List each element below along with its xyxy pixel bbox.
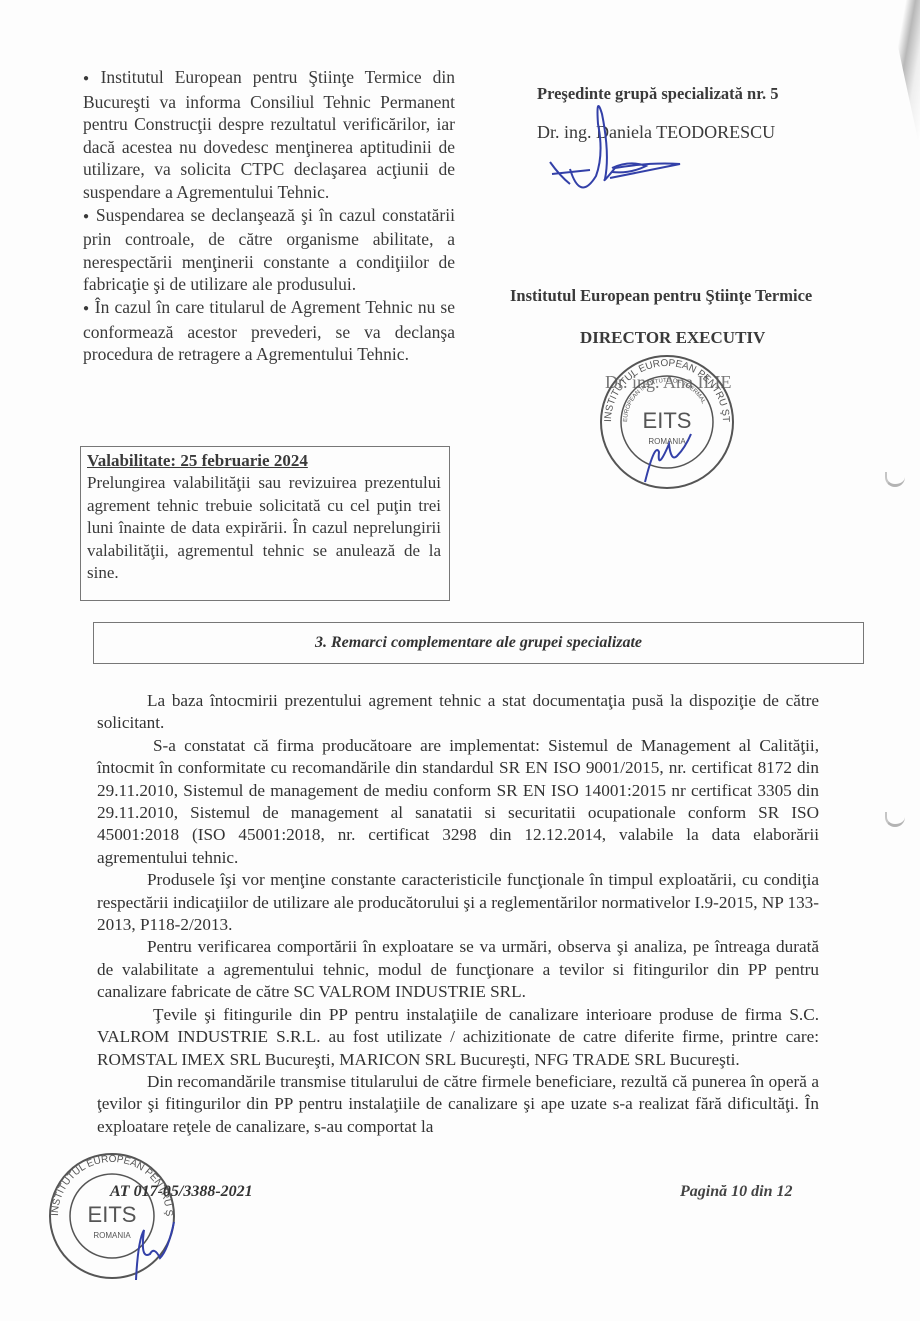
svg-text:EITS: EITS bbox=[643, 408, 692, 433]
punch-hole-mark bbox=[885, 812, 905, 827]
section-title: 3. Remarci complementare ale grupei spec… bbox=[315, 634, 642, 651]
punch-hole-mark bbox=[885, 472, 905, 487]
president-signature-block: Preşedinte grupă specializată nr. 5 Dr. … bbox=[500, 84, 880, 143]
page-edge-shadow bbox=[880, 0, 920, 140]
condition-paragraph: Suspendarea se declanşează şi în cazul c… bbox=[83, 204, 455, 296]
page-number: Pagină 10 din 12 bbox=[680, 1183, 792, 1201]
body-paragraph: La baza întocmirii prezentului agrement … bbox=[97, 690, 819, 735]
validity-box: Valabilitate: 25 februarie 2024 Prelungi… bbox=[80, 446, 450, 601]
institute-stamp-icon: INSTITUTUL EUROPEAN PENTRU ŞTIINŢE EUROP… bbox=[597, 352, 737, 492]
institute-name: Institutul European pentru Ştiinţe Termi… bbox=[510, 286, 812, 306]
footer-stamp-icon: INSTITUTUL EUROPEAN PENTRU ŞTIINŢE EITS … bbox=[40, 1150, 190, 1300]
director-title: DIRECTOR EXECUTIV bbox=[580, 328, 765, 348]
body-paragraph: Produsele îşi vor menţine constante cara… bbox=[97, 869, 819, 936]
body-paragraph: Din recomandările transmise titularului … bbox=[97, 1071, 819, 1138]
body-paragraph: Pentru verificarea comportării în exploa… bbox=[97, 936, 819, 1003]
svg-text:ROMANIA: ROMANIA bbox=[648, 437, 686, 446]
body-paragraph: Ţevile şi fitingurile din PP pentru inst… bbox=[97, 1004, 819, 1071]
suspension-conditions: Institutul European pentru Ştiinţe Termi… bbox=[83, 66, 455, 366]
condition-paragraph: În cazul în care titularul de Agrement T… bbox=[83, 296, 455, 366]
section-body: La baza întocmirii prezentului agrement … bbox=[97, 690, 819, 1138]
document-code: AT 017-05/3388-2021 bbox=[110, 1183, 253, 1201]
validity-text: Prelungirea valabilităţii sau revizuirea… bbox=[87, 472, 449, 584]
svg-text:EITS: EITS bbox=[88, 1202, 137, 1227]
svg-text:ROMANIA: ROMANIA bbox=[93, 1231, 131, 1240]
body-paragraph: S-a constatat că firma producătoare are … bbox=[97, 735, 819, 869]
section-heading-box: 3. Remarci complementare ale grupei spec… bbox=[93, 622, 864, 664]
validity-title: Valabilitate: 25 februarie 2024 bbox=[87, 450, 449, 472]
condition-paragraph: Institutul European pentru Ştiinţe Termi… bbox=[83, 66, 455, 204]
signature-scribble-icon bbox=[530, 84, 690, 214]
